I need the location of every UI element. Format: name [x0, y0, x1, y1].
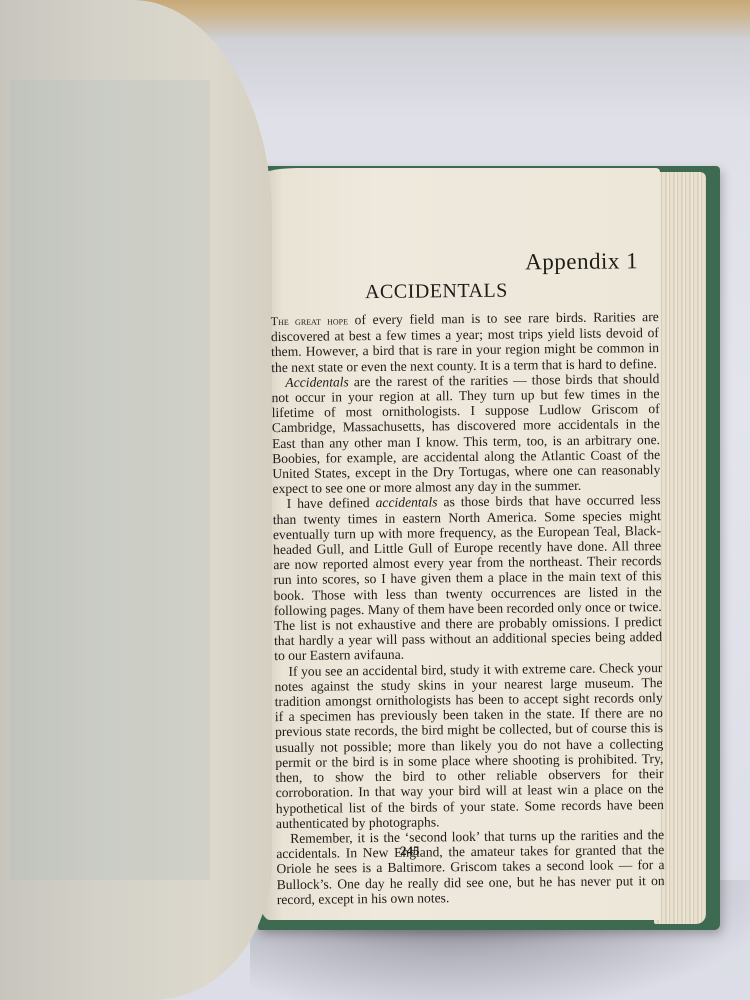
left-page — [0, 0, 272, 1000]
paragraph-5: Remember, it is the ‘second look’ that t… — [276, 827, 665, 907]
paragraph-2: Accidentals are the rarest of the rariti… — [271, 371, 660, 497]
paragraph-text: are the rarest of the rarities — those b… — [271, 371, 660, 496]
paragraph-1: The great hope of every field man is to … — [271, 309, 660, 375]
appendix-label: Appendix 1 — [270, 248, 638, 278]
left-page-plate-shadow — [10, 80, 210, 880]
section-title: ACCIDENTALS — [270, 279, 602, 305]
italic-term: accidentals — [376, 495, 438, 511]
paragraph-text: I have defined — [287, 495, 376, 511]
paragraph-text: as those birds that have occurred less t… — [273, 492, 662, 663]
paragraph-4: If you see an accidental bird, study it … — [274, 660, 664, 831]
paragraph-3: I have defined accidentals as those bird… — [273, 492, 663, 663]
page-number: 245 — [400, 843, 420, 859]
page-text: Appendix 1 ACCIDENTALS The great hope of… — [270, 248, 669, 907]
paragraph-text: Remember, it is the ‘second look’ that t… — [276, 827, 664, 907]
paragraph-text: If you see an accidental bird, study it … — [274, 660, 663, 831]
lead-smallcaps: The great hope — [271, 313, 348, 328]
lead-italic: Accidentals — [285, 374, 349, 390]
